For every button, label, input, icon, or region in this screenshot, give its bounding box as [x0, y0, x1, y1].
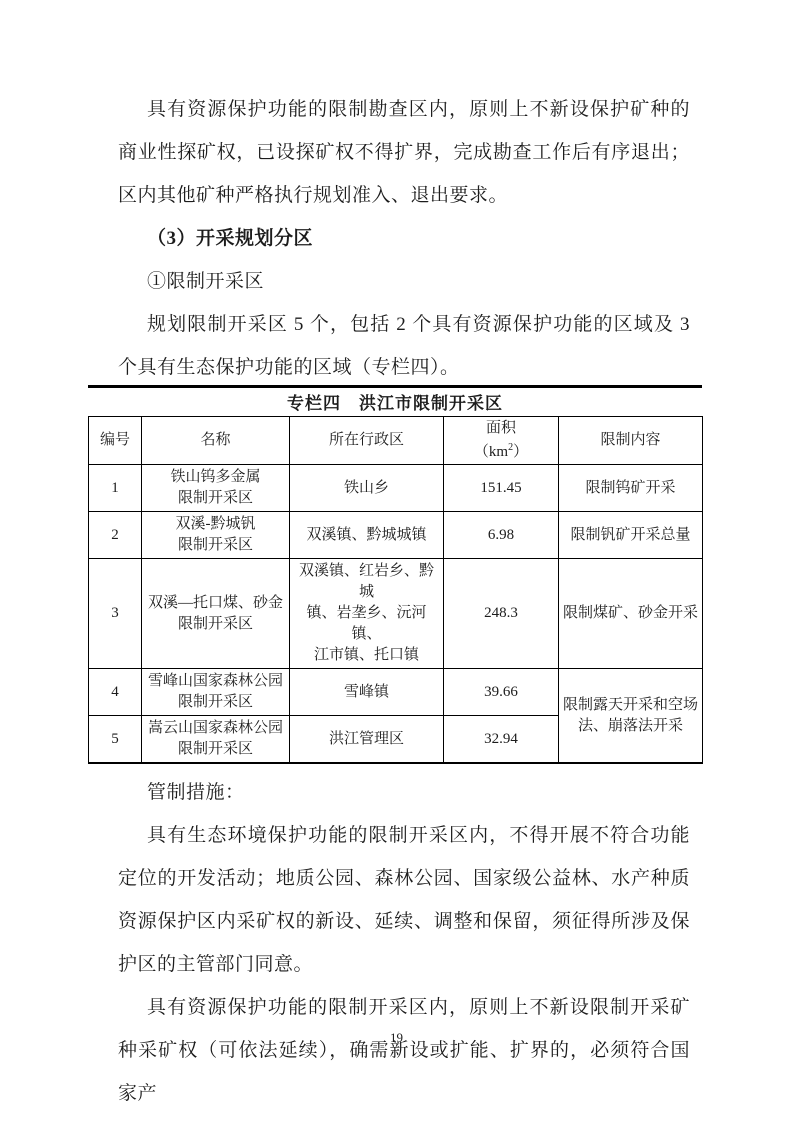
area-unit-post: ） [513, 444, 528, 460]
cell-area: 151.45 [444, 465, 559, 512]
cell-region: 雪峰镇 [290, 669, 444, 716]
table-row: 1 铁山钨多金属 限制开采区 铁山乡 151.45 限制钨矿开采 [89, 465, 703, 512]
table-row: 2 双溪-黔城钒 限制开采区 双溪镇、黔城城镇 6.98 限制钒矿开采总量 [89, 512, 703, 559]
cell-area: 6.98 [444, 512, 559, 559]
cell-region: 铁山乡 [290, 465, 444, 512]
cell-restriction: 限制钒矿开采总量 [559, 512, 703, 559]
cell-name: 雪峰山国家森林公园 限制开采区 [142, 669, 290, 716]
cell-restriction-merged: 限制露天开采和空场 法、崩落法开采 [559, 669, 703, 764]
restricted-mining-table: 编号 名称 所在行政区 面积（km2） 限制内容 1 铁山钨多金属 限制开采区 … [88, 416, 703, 764]
page-number: 19 [0, 1030, 793, 1046]
cell-region: 双溪镇、黔城城镇 [290, 512, 444, 559]
cell-restriction: 限制钨矿开采 [559, 465, 703, 512]
cell-restriction: 限制煤矿、砂金开采 [559, 559, 703, 669]
area-unit-pre: （km [474, 444, 508, 460]
table-row: 3 双溪—托口煤、砂金 限制开采区 双溪镇、红岩乡、黔城 镇、岩垄乡、沅河镇、 … [89, 559, 703, 669]
col-header-area: 面积（km2） [444, 417, 559, 465]
cell-area: 248.3 [444, 559, 559, 669]
table-header-row: 编号 名称 所在行政区 面积（km2） 限制内容 [89, 417, 703, 465]
cell-name: 双溪—托口煤、砂金 限制开采区 [142, 559, 290, 669]
cell-no: 1 [89, 465, 142, 512]
control-measures-label: 管制措施： [118, 771, 690, 814]
cell-name: 双溪-黔城钒 限制开采区 [142, 512, 290, 559]
cell-no: 5 [89, 716, 142, 764]
paragraph-exploration-restriction: 具有资源保护功能的限制勘查区内，原则上不新设保护矿种的商业性探矿权，已设探矿权不… [118, 88, 690, 217]
table-title: 专栏四 洪江市限制开采区 [88, 385, 702, 416]
paragraph-restricted-area-count: 规划限制开采区 5 个，包括 2 个具有资源保护功能的区域及 3 个具有生态保护… [118, 303, 690, 389]
cell-no: 3 [89, 559, 142, 669]
cell-area: 39.66 [444, 669, 559, 716]
cell-no: 4 [89, 669, 142, 716]
restricted-mining-table-block: 专栏四 洪江市限制开采区 编号 名称 所在行政区 面积（km2） 限制内容 [88, 385, 702, 764]
cell-area: 32.94 [444, 716, 559, 764]
paragraph-ecological-restriction: 具有生态环境保护功能的限制开采区内，不得开展不符合功能定位的开发活动；地质公园、… [118, 814, 690, 986]
col-header-no: 编号 [89, 417, 142, 465]
section-heading-mining-plan-zoning: （3）开采规划分区 [118, 217, 690, 260]
cell-name: 嵩云山国家森林公园 限制开采区 [142, 716, 290, 764]
paragraph-resource-restriction: 具有资源保护功能的限制开采区内，原则上不新设限制开采矿种采矿权（可依法延续），确… [118, 986, 690, 1115]
col-header-name: 名称 [142, 417, 290, 465]
subsection-restricted-mining-area: ①限制开采区 [118, 260, 690, 303]
cell-region: 双溪镇、红岩乡、黔城 镇、岩垄乡、沅河镇、 江市镇、托口镇 [290, 559, 444, 669]
cell-no: 2 [89, 512, 142, 559]
cell-name: 铁山钨多金属 限制开采区 [142, 465, 290, 512]
cell-region: 洪江管理区 [290, 716, 444, 764]
page-content: 具有资源保护功能的限制勘查区内，原则上不新设保护矿种的商业性探矿权，已设探矿权不… [118, 0, 690, 1115]
col-header-restriction: 限制内容 [559, 417, 703, 465]
area-label: 面积 [486, 420, 516, 436]
document-page: 具有资源保护功能的限制勘查区内，原则上不新设保护矿种的商业性探矿权，已设探矿权不… [0, 0, 793, 1122]
col-header-region: 所在行政区 [290, 417, 444, 465]
table-row: 4 雪峰山国家森林公园 限制开采区 雪峰镇 39.66 限制露天开采和空场 法、… [89, 669, 703, 716]
